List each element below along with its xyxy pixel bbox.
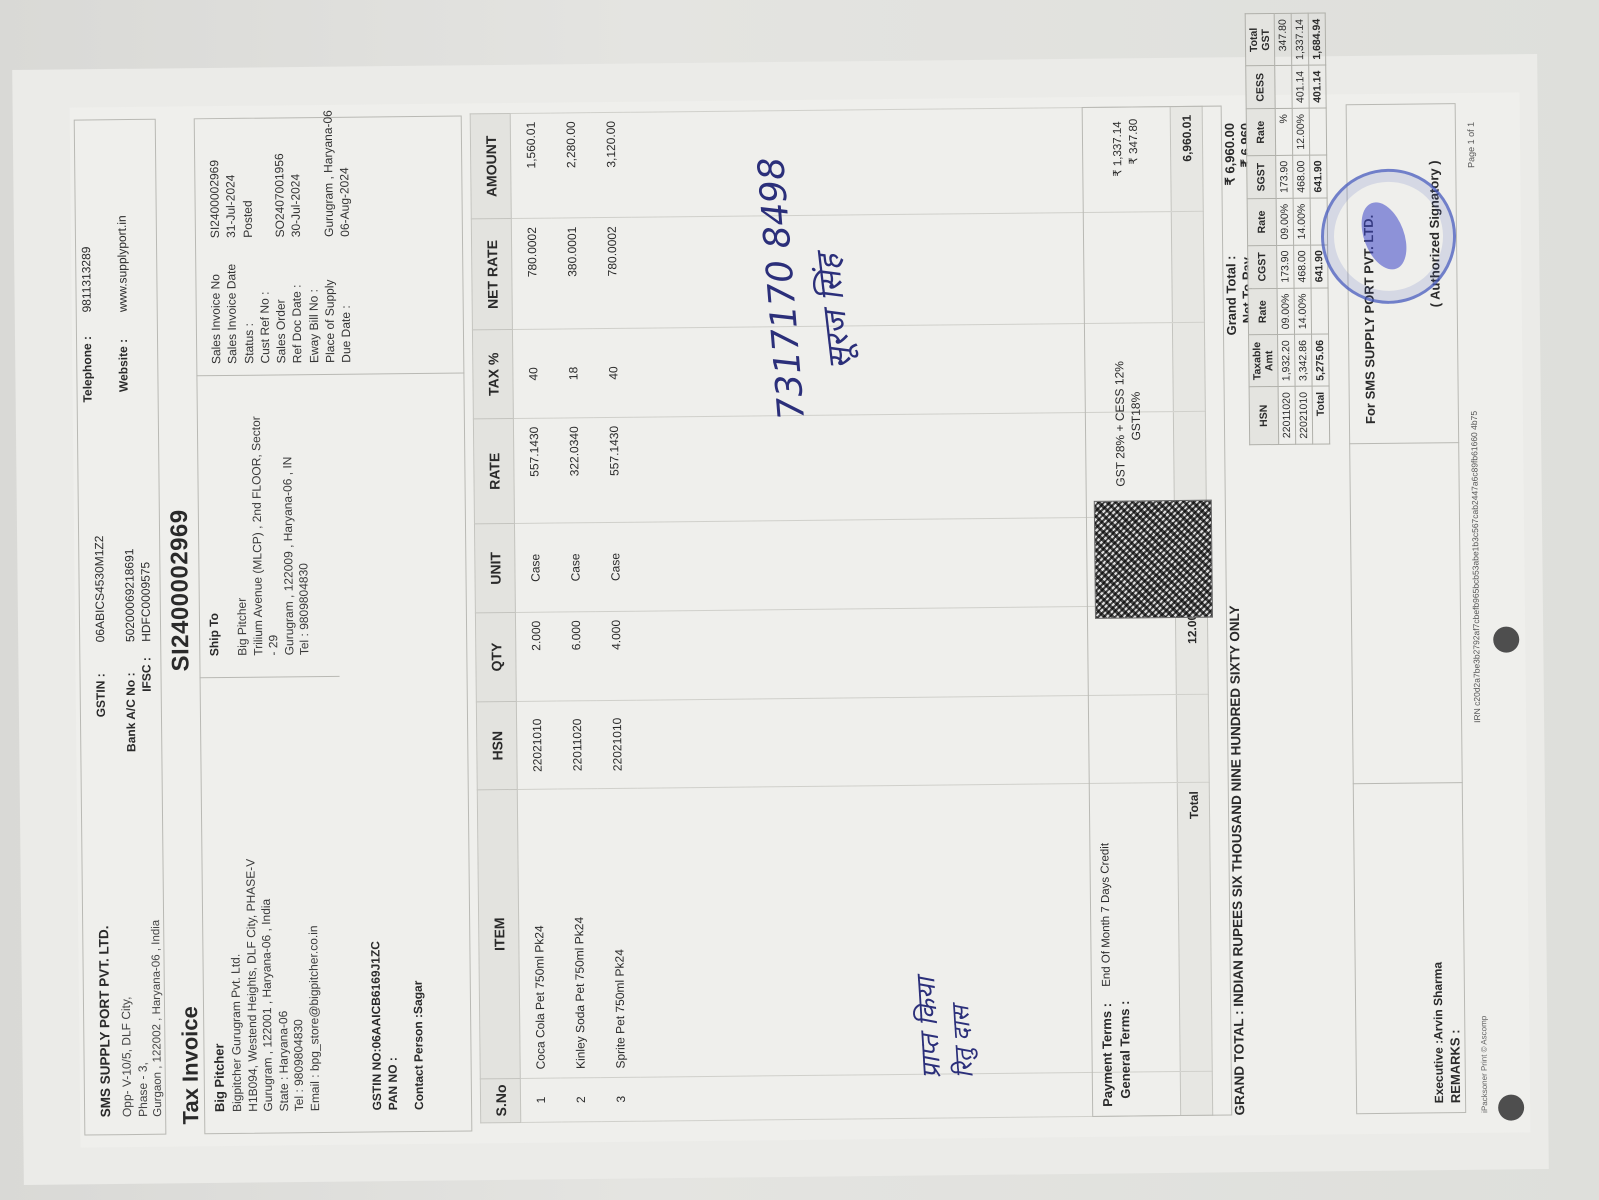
col-qty: QTY bbox=[475, 612, 516, 701]
cell-sno: 1 bbox=[520, 1078, 560, 1123]
gst-cell: 5,275.06 bbox=[1312, 334, 1330, 386]
meta-sales-order: SO2407001956 bbox=[271, 111, 289, 238]
cell-unit: Case bbox=[594, 522, 635, 611]
document-title: Tax Invoice bbox=[177, 1006, 204, 1124]
gst-col-hsn: HSN bbox=[1249, 387, 1279, 445]
meta-label: Sales Invoice No bbox=[207, 264, 224, 364]
cell-amount: 3,120.00 bbox=[590, 112, 631, 218]
gst-cell: Total bbox=[1312, 386, 1330, 444]
gst-cell: 468.00 bbox=[1294, 245, 1311, 288]
ifsc-value: HDFC0009575 bbox=[138, 562, 153, 642]
tax-breakup-label-1: GST 28% + CESS 12% bbox=[1112, 361, 1127, 487]
meta-label: Sales Invoice Date bbox=[224, 264, 241, 364]
tax-breakup-amount-1: ₹ 1,337.14 bbox=[1110, 121, 1125, 176]
gst-cell: 468.00 bbox=[1293, 155, 1310, 198]
gst-cell: 401.14 bbox=[1309, 65, 1326, 108]
meta-invoice-no: SI2400002969 bbox=[206, 111, 224, 238]
tax-invoice-page: SMS SUPPLY PORT PVT. LTD. Opp- V-10/5, D… bbox=[70, 92, 1531, 1147]
cell-tax: 18 bbox=[552, 329, 593, 418]
gst-cell: 09.00% bbox=[1277, 288, 1294, 335]
cell-sno: 2 bbox=[560, 1077, 600, 1122]
gst-summary-header: HSN Taxable Amt Rate CGST Rate SGST Rate… bbox=[1245, 14, 1279, 445]
gst-col-cess: CESS bbox=[1246, 66, 1275, 109]
cell-unit: Case bbox=[514, 523, 555, 612]
ship-to-heading: Ship To bbox=[207, 613, 221, 656]
payment-terms-value: End Of Month 7 Days Credit bbox=[1099, 843, 1113, 987]
gst-cell: 641.90 bbox=[1310, 155, 1327, 198]
gst-cell: 22021010 bbox=[1295, 386, 1313, 444]
meta-label: Cust Ref No : bbox=[256, 263, 273, 363]
meta-ref-doc-date: 30-Jul-2024 bbox=[287, 110, 305, 237]
bill-to-pan: PAN NO : bbox=[386, 1057, 401, 1110]
col-tax: TAX % bbox=[472, 330, 513, 419]
software-credit: iPacksoner Print © Ascomp bbox=[1479, 1016, 1489, 1113]
cell-tax: 40 bbox=[512, 329, 553, 418]
bill-to-line: H1B094, Westend Heights, DLF City, PHASE… bbox=[243, 859, 261, 1112]
gst-col-total: Total GST bbox=[1245, 14, 1275, 66]
supplier-gstin: 06ABICS4530M1Z2 bbox=[92, 536, 107, 643]
meta-label: Status : bbox=[240, 264, 257, 364]
cell-tax: 40 bbox=[592, 328, 633, 417]
meta-label: Ref Doc Date : bbox=[289, 263, 306, 363]
gst-col-sgst: SGST bbox=[1247, 155, 1276, 198]
gst-cell: 173.90 bbox=[1276, 155, 1293, 198]
grand-total-label: Grand Total : bbox=[1223, 255, 1239, 335]
gst-col-rate: Rate bbox=[1246, 109, 1275, 156]
handwritten-received-note: प्राप्त किया bbox=[906, 977, 948, 1080]
irn-number: IRN c20d2a7be3b2792af7cbefb965bcb53abe1b… bbox=[1469, 411, 1482, 723]
cell-unit: Case bbox=[554, 523, 595, 612]
cell-rate: 557.1430 bbox=[593, 417, 634, 523]
cell-hsn: 22011020 bbox=[556, 700, 597, 789]
bank-account-label: Bank A/C No : bbox=[124, 672, 139, 752]
bill-to-name: Big Pitcher bbox=[211, 1043, 227, 1112]
cell-amount: 1,560.01 bbox=[510, 113, 551, 219]
gst-cell: 3,342.86 bbox=[1295, 335, 1313, 387]
supplier-address-1: Opp- V-10/5, DLF City, bbox=[119, 997, 134, 1118]
gst-col-rate: Rate bbox=[1247, 199, 1276, 246]
col-rate: RATE bbox=[473, 418, 514, 524]
cell-item: Sprite Pet 750ml Pk24 bbox=[597, 789, 640, 1078]
gst-cell: % bbox=[1275, 109, 1292, 156]
tax-breakup-amount-2: ₹ 347.80 bbox=[1126, 119, 1140, 165]
cell-net-rate: 780.0002 bbox=[511, 218, 552, 329]
ship-to-line: Tel : 9809804830 bbox=[295, 416, 313, 656]
telephone-label: Telephone : bbox=[80, 336, 95, 403]
bill-to-email: Email : bpg_store@bigpitcher.co.in bbox=[305, 858, 323, 1111]
gst-cell: 1,337.14 bbox=[1291, 13, 1309, 65]
punch-hole bbox=[1493, 626, 1519, 652]
gst-cell: 1,684.94 bbox=[1308, 13, 1326, 65]
gst-cell bbox=[1275, 65, 1292, 108]
gst-cell: 12.00% bbox=[1292, 108, 1309, 155]
cell-net-rate: 380.0001 bbox=[551, 218, 592, 329]
gst-summary-table: HSN Taxable Amt Rate CGST Rate SGST Rate… bbox=[1245, 13, 1331, 446]
punch-hole bbox=[1498, 1094, 1524, 1120]
handwritten-receiver-name: रितु दास bbox=[943, 1005, 980, 1079]
meta-place-of-supply: Gurugram , Haryana-06 bbox=[320, 110, 338, 237]
cell-hsn: 22021010 bbox=[516, 701, 557, 790]
cell-qty: 2.000 bbox=[515, 612, 556, 701]
cell-rate: 557.1430 bbox=[513, 418, 554, 524]
gst-cell: 22011020 bbox=[1278, 387, 1296, 445]
remarks-label: REMARKS : bbox=[1447, 1029, 1463, 1103]
company-seal-stamp bbox=[1320, 168, 1456, 304]
meta-eway-bill bbox=[303, 110, 321, 237]
gst-cell: 14.00% bbox=[1293, 198, 1310, 245]
gst-col-taxable: Taxable Amt bbox=[1249, 335, 1279, 387]
cell-amount: 2,280.00 bbox=[550, 113, 591, 219]
col-unit: UNIT bbox=[474, 524, 515, 613]
meta-label: Eway Bill No : bbox=[305, 263, 322, 363]
col-sno: S.No bbox=[480, 1078, 520, 1123]
gst-col-rate: Rate bbox=[1248, 288, 1277, 335]
gst-cell: 09.00% bbox=[1276, 198, 1293, 245]
meta-label: Sales Order bbox=[272, 263, 289, 363]
col-item: ITEM bbox=[477, 790, 520, 1079]
page-number: Page 1 of 1 bbox=[1466, 122, 1476, 168]
ship-to-address: Big Pitcher Trilium Avenue (MLCP) , 2nd … bbox=[233, 416, 313, 656]
telephone-value: 9811313289 bbox=[79, 247, 94, 313]
gst-col-cgst: CGST bbox=[1248, 245, 1277, 288]
meta-label: Due Date : bbox=[338, 263, 355, 363]
meta-label: Place of Supply bbox=[321, 263, 338, 363]
supplier-address-2: Phase - 3, bbox=[136, 1062, 151, 1117]
cell-net-rate: 780.0002 bbox=[591, 218, 632, 329]
invoice-meta-labels: Sales Invoice No Sales Invoice Date Stat… bbox=[207, 263, 355, 365]
gst-cell bbox=[1311, 288, 1328, 335]
contact-person: Contact Person :Sagar bbox=[411, 981, 426, 1111]
signature-ink bbox=[1353, 196, 1415, 276]
supplier-gstin-label: GSTIN : bbox=[94, 673, 108, 717]
gst-cell: 14.00% bbox=[1294, 288, 1311, 335]
executive-name: Executive :Arvin Sharma bbox=[1431, 962, 1446, 1104]
meta-cust-ref bbox=[255, 111, 273, 238]
bank-account-value: 50200069218691 bbox=[122, 549, 137, 643]
bill-to-address: Bigpitcher Gurugram Pvt. Ltd. H1B094, We… bbox=[227, 858, 323, 1112]
cell-qty: 4.000 bbox=[595, 611, 636, 700]
meta-due-date: 06-Aug-2024 bbox=[336, 110, 354, 237]
supplier-address-3: Gurgaon , 122002 , Haryana-06 , India bbox=[150, 920, 164, 1117]
website-link[interactable]: www.supplyport.in bbox=[115, 215, 130, 312]
general-terms-label: General Terms : bbox=[1117, 1001, 1133, 1099]
bill-to-gstin: GSTIN NO:06AAICB6169J1ZC bbox=[368, 941, 384, 1111]
e-invoice-qr-code bbox=[1094, 500, 1213, 619]
payment-terms-label: Payment Terms : bbox=[1099, 1003, 1115, 1107]
invoice-number-heading: SI2400002969 bbox=[166, 509, 196, 671]
cell-qty: 6.000 bbox=[555, 612, 596, 701]
tax-breakup-label-2: GST18% bbox=[1129, 392, 1144, 441]
col-net-rate: NET RATE bbox=[471, 219, 512, 330]
cell-item: Kinley Soda Pet 750ml Pk24 bbox=[557, 789, 600, 1078]
col-amount: AMOUNT bbox=[470, 114, 511, 220]
website-label: Website : bbox=[116, 339, 131, 392]
grand-total-value: ₹ 6,960.00 bbox=[1222, 123, 1239, 186]
cell-sno: 3 bbox=[600, 1077, 640, 1122]
cell-rate: 322.0340 bbox=[553, 418, 594, 524]
gst-cell: 401.14 bbox=[1292, 65, 1309, 108]
gst-cell: 347.80 bbox=[1274, 14, 1292, 66]
invoice-meta-values: SI2400002969 31-Jul-2024 Posted SO240700… bbox=[206, 110, 354, 238]
supplier-name: SMS SUPPLY PORT PVT. LTD. bbox=[96, 925, 113, 1117]
cell-item: Coca Cola Pet 750ml Pk24 bbox=[517, 789, 560, 1078]
meta-invoice-date: 31-Jul-2024 bbox=[222, 111, 240, 238]
gst-cell: 173.90 bbox=[1277, 245, 1294, 288]
meta-status: Posted bbox=[238, 111, 256, 238]
gst-cell bbox=[1309, 108, 1326, 155]
col-hsn: HSN bbox=[476, 701, 517, 790]
ifsc-label: IFSC : bbox=[139, 657, 153, 692]
cell-hsn: 22021010 bbox=[596, 700, 637, 789]
gst-cell: 1,932.20 bbox=[1278, 335, 1296, 387]
ship-to-line: Trilium Avenue (MLCP) , 2nd FLOOR, Secto… bbox=[248, 416, 266, 656]
